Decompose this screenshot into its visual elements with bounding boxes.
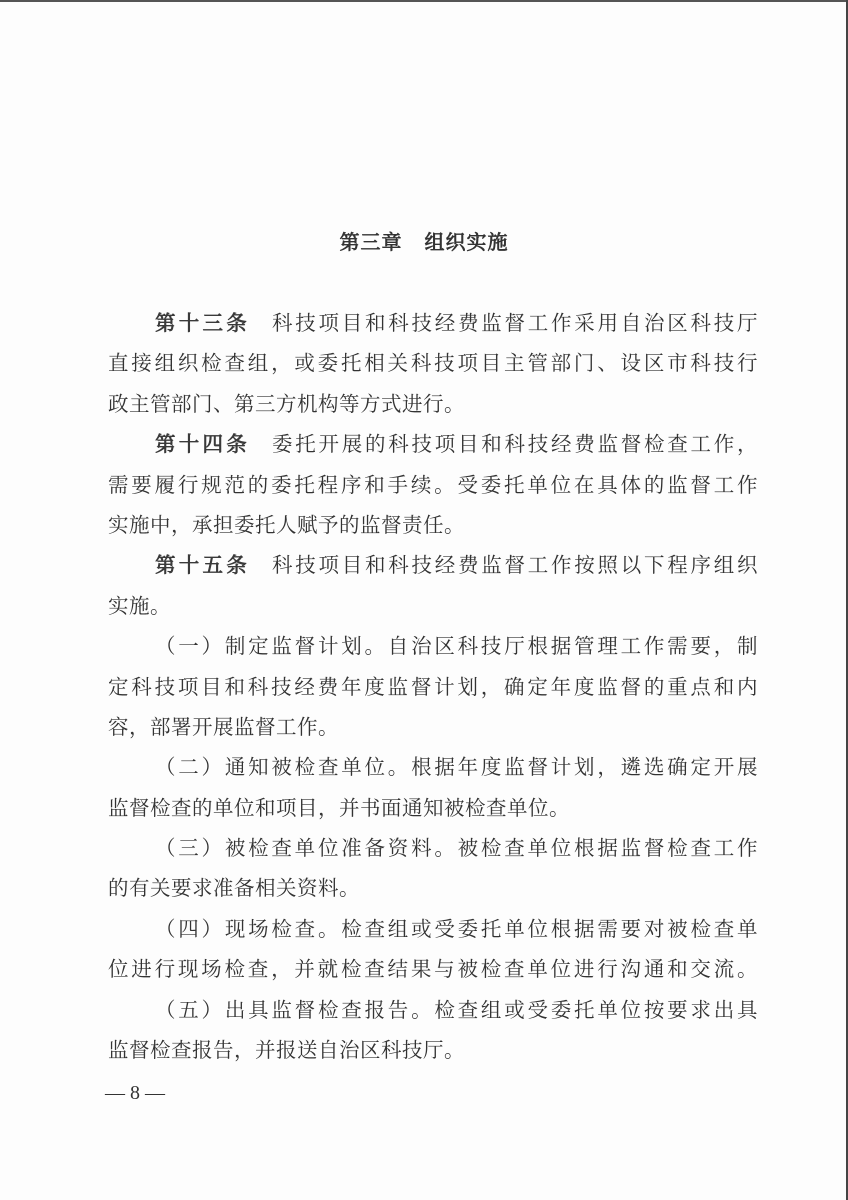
step-1-line-1: （一）制定监督计划。自治区科技厅根据管理工作需要，制 xyxy=(108,626,758,666)
chapter-title: 组织实施 xyxy=(425,230,509,254)
article-13-line-2: 直接组织检查组，或委托相关科技项目主管部门、设区市科技行 xyxy=(108,343,758,383)
step-4-line-1: （四）现场检查。检查组或受委托单位根据需要对被检查单 xyxy=(108,909,758,949)
step-4-line-2: 位进行现场检查，并就检查结果与被检查单位进行沟通和交流。 xyxy=(108,949,758,989)
article-14-line-2: 需要履行规范的委托程序和手续。受委托单位在具体的监督工作 xyxy=(108,465,758,505)
step-1-line-2: 定科技项目和科技经费年度监督计划，确定年度监督的重点和内 xyxy=(108,667,758,707)
article-14-line-3: 实施中，承担委托人赋予的监督责任。 xyxy=(108,505,758,545)
step-2-line-1: （二）通知被检查单位。根据年度监督计划，遴选确定开展 xyxy=(108,747,758,787)
chapter-number: 第三章 xyxy=(340,230,403,254)
step-2-line-2: 监督检查的单位和项目，并书面通知被检查单位。 xyxy=(108,788,758,828)
article-13-line-3: 政主管部门、第三方机构等方式进行。 xyxy=(108,384,758,424)
step-3-line-2: 的有关要求准备相关资料。 xyxy=(108,868,758,908)
article-label: 第十三条 xyxy=(155,311,250,335)
article-13-line-1: 第十三条科技项目和科技经费监督工作采用自治区科技厅 xyxy=(108,303,758,343)
article-15-line-2: 实施。 xyxy=(108,586,758,626)
article-label: 第十四条 xyxy=(155,432,250,456)
article-15-line-1: 第十五条科技项目和科技经费监督工作按照以下程序组织 xyxy=(108,545,758,585)
scan-edge-top xyxy=(0,0,848,2)
article-label: 第十五条 xyxy=(155,553,250,577)
step-5-line-1: （五）出具监督检查报告。检查组或受委托单位按要求出具 xyxy=(108,990,758,1030)
document-body: 第十三条科技项目和科技经费监督工作采用自治区科技厅 直接组织检查组，或委托相关科… xyxy=(108,303,758,1070)
article-14-line-1: 第十四条委托开展的科技项目和科技经费监督检查工作， xyxy=(108,424,758,464)
page-number: — 8 — xyxy=(105,1082,165,1105)
step-5-line-2: 监督检查报告，并报送自治区科技厅。 xyxy=(108,1030,758,1070)
step-1-line-3: 容，部署开展监督工作。 xyxy=(108,707,758,747)
chapter-heading: 第三章组织实施 xyxy=(0,226,848,255)
step-3-line-1: （三）被检查单位准备资料。被检查单位根据监督检查工作 xyxy=(108,828,758,868)
